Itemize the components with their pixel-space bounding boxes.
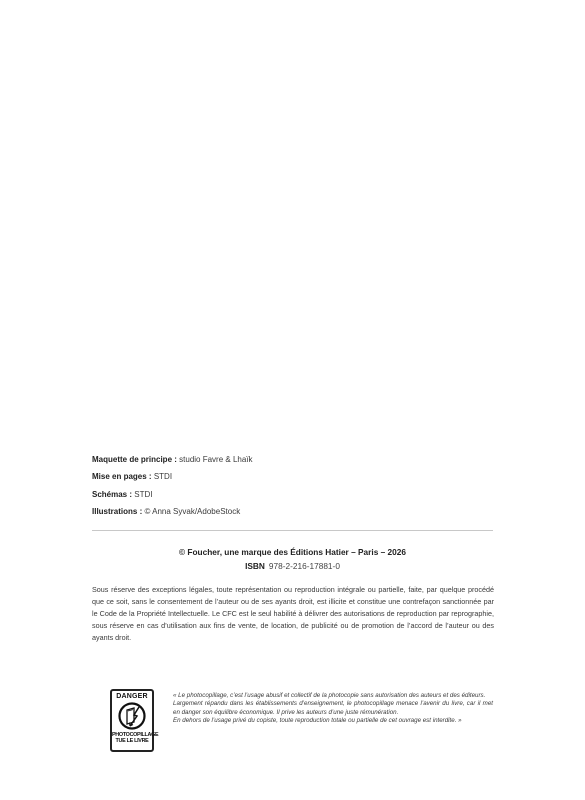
credit-value: STDI [154,472,172,481]
photocopy-quote: « Le photocopillage, c’est l’usage abusi… [173,692,493,725]
copyright-block: © Foucher, une marque des Éditions Hatie… [92,545,493,573]
isbn-value: 978-2-216-17881-0 [269,561,340,571]
divider [92,530,493,531]
credit-label: Maquette de principe : [92,455,177,464]
quote-paragraph: En dehors de l’usage privé du copiste, t… [173,717,493,725]
copyright-line: © Foucher, une marque des Éditions Hatie… [92,545,493,559]
photocopy-danger-icon [117,701,147,731]
credit-illustrations: Illustrations : © Anna Syvak/AdobeStock [92,503,253,520]
danger-slogan-line2: TUE LE LIVRE [112,738,152,744]
credit-layout-design: Maquette de principe : studio Favre & Lh… [92,451,253,468]
credit-label: Illustrations : [92,507,142,516]
credit-value: STDI [134,490,152,499]
credit-label: Mise en pages : [92,472,152,481]
quote-paragraph: « Le photocopillage, c’est l’usage abusi… [173,692,493,700]
credit-page-layout: Mise en pages : STDI [92,468,253,485]
danger-slogan: PHOTOCOPILLAGE TUE LE LIVRE [112,732,152,744]
credits-block: Maquette de principe : studio Favre & Lh… [92,451,253,520]
credit-label: Schémas : [92,490,132,499]
isbn-label: ISBN [245,561,265,571]
legal-notice: Sous réserve des exceptions légales, tou… [92,584,494,644]
isbn-line: ISBN978-2-216-17881-0 [92,559,493,573]
credit-value: studio Favre & Lhaïk [179,455,252,464]
credit-diagrams: Schémas : STDI [92,486,253,503]
danger-title: DANGER [112,693,152,700]
quote-paragraph: Largement répandu dans les établissement… [173,700,493,717]
danger-photocopillage-logo: DANGER PHOTOCOPILLAGE TUE LE LIVRE [110,689,154,752]
credit-value: © Anna Syvak/AdobeStock [144,507,240,516]
